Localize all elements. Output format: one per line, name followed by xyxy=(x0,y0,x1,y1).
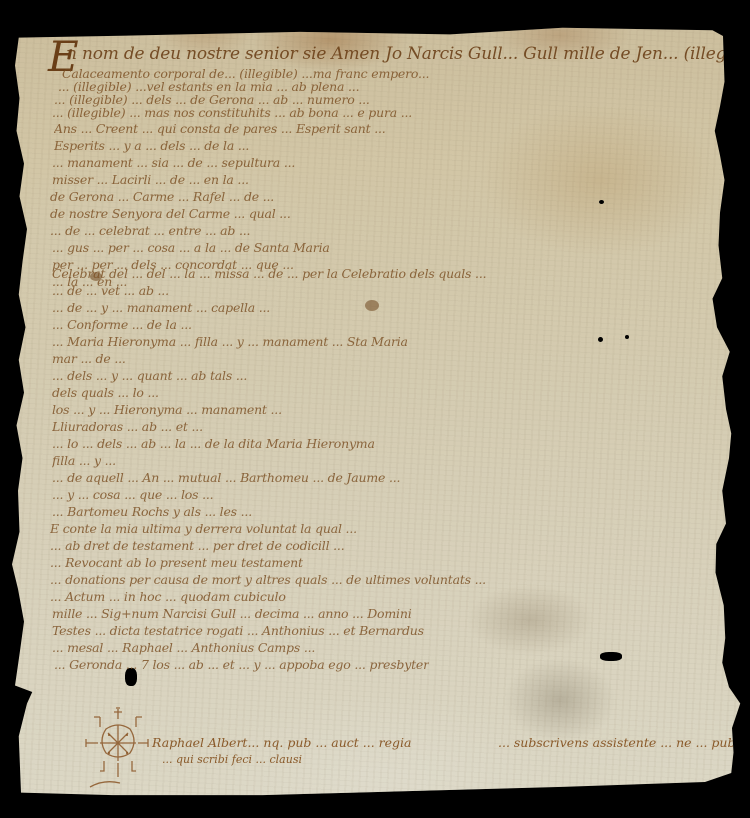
text-line: ... de ... y ... manament ... capella ..… xyxy=(52,300,270,315)
ink-stain xyxy=(365,300,379,311)
notarial-sign-icon xyxy=(78,705,158,795)
text-line: ... Geronda ... 7 los ... ab ... et ... … xyxy=(54,657,429,672)
text-line: mar ... de ... xyxy=(52,351,126,366)
text-line: ... dels ... y ... quant ... ab tals ... xyxy=(52,368,247,383)
text-line: filla ... y ... xyxy=(52,453,116,468)
text-line: Testes ... dicta testatrice rogati ... A… xyxy=(52,623,424,638)
text-line: Esperits ... y a ... dels ... de la ... xyxy=(54,138,249,153)
text-line: ... (illegible) ... mas nos constituhits… xyxy=(52,105,412,120)
text-line: ... donations per causa de mort y altres… xyxy=(50,572,486,587)
text-line: ... de ... vet ... ab ... xyxy=(52,283,169,298)
text-line: Lliuradoras ... ab ... et ... xyxy=(52,419,203,434)
text-line: E conte la mia ultima y derrera voluntat… xyxy=(50,521,357,536)
text-line: ... mesal ... Raphael ... Anthonius Camp… xyxy=(52,640,315,655)
text-line: misser ... Lacirli ... de ... en la ... xyxy=(52,172,249,187)
text-line: ... Bartomeu Rochs y als ... les ... xyxy=(52,504,252,519)
text-line: ... ab dret de testament ... per dret de… xyxy=(50,538,344,553)
text-line: ... gus ... per ... cosa ... a la ... de… xyxy=(52,240,330,255)
document-viewer: E n nom de deu nostre senior sie Amen Jo… xyxy=(0,0,750,818)
text-line: de Gerona ... Carme ... Rafel ... de ... xyxy=(50,189,274,204)
subscription-line-2: ... qui scribi feci ... clausi xyxy=(162,753,302,766)
text-line: ... lo ... dels ... ab ... la ... de la … xyxy=(52,436,375,451)
subscription-continuation: ... subscrivens assistente ... ne ... pu… xyxy=(498,735,750,750)
text-line: ... manament ... sia ... de ... sepultur… xyxy=(52,155,295,170)
parchment-sheet: E n nom de deu nostre senior sie Amen Jo… xyxy=(0,0,750,818)
text-line: Celebrat del ... del ... la ... missa ..… xyxy=(52,266,486,281)
text-line: Ans ... Creent ... qui consta de pares .… xyxy=(54,121,386,136)
text-line: de nostre Senyora del Carme ... qual ... xyxy=(50,206,291,221)
text-line: ... de aquell ... An ... mutual ... Bart… xyxy=(52,470,400,485)
subscription-line-1: Raphael Albert... nq. pub ... auct ... r… xyxy=(152,735,411,750)
worm-hole xyxy=(598,337,603,342)
text-line: dels quals ... lo ... xyxy=(52,385,159,400)
text-line: ... de ... celebrat ... entre ... ab ... xyxy=(50,223,250,238)
text-line: ... Conforme ... de la ... xyxy=(52,317,192,332)
text-line: ... Revocant ab lo present meu testament xyxy=(50,555,303,570)
worm-hole xyxy=(599,200,604,204)
notary-subscription: Raphael Albert... nq. pub ... auct ... r… xyxy=(152,735,411,750)
parchment-tear xyxy=(600,652,622,661)
text-line: ... y ... cosa ... que ... los ... xyxy=(52,487,213,502)
text-line: mille ... Sig+num Narcisi Gull ... decim… xyxy=(52,606,412,621)
text-line: ... Actum ... in hoc ... quodam cubiculo xyxy=(50,589,286,604)
worm-hole xyxy=(625,335,629,339)
text-line: n nom de deu nostre senior sie Amen Jo N… xyxy=(66,44,750,64)
text-line: ... Maria Hieronyma ... filla ... y ... … xyxy=(52,334,408,349)
text-line: los ... y ... Hieronyma ... manament ... xyxy=(52,402,282,417)
